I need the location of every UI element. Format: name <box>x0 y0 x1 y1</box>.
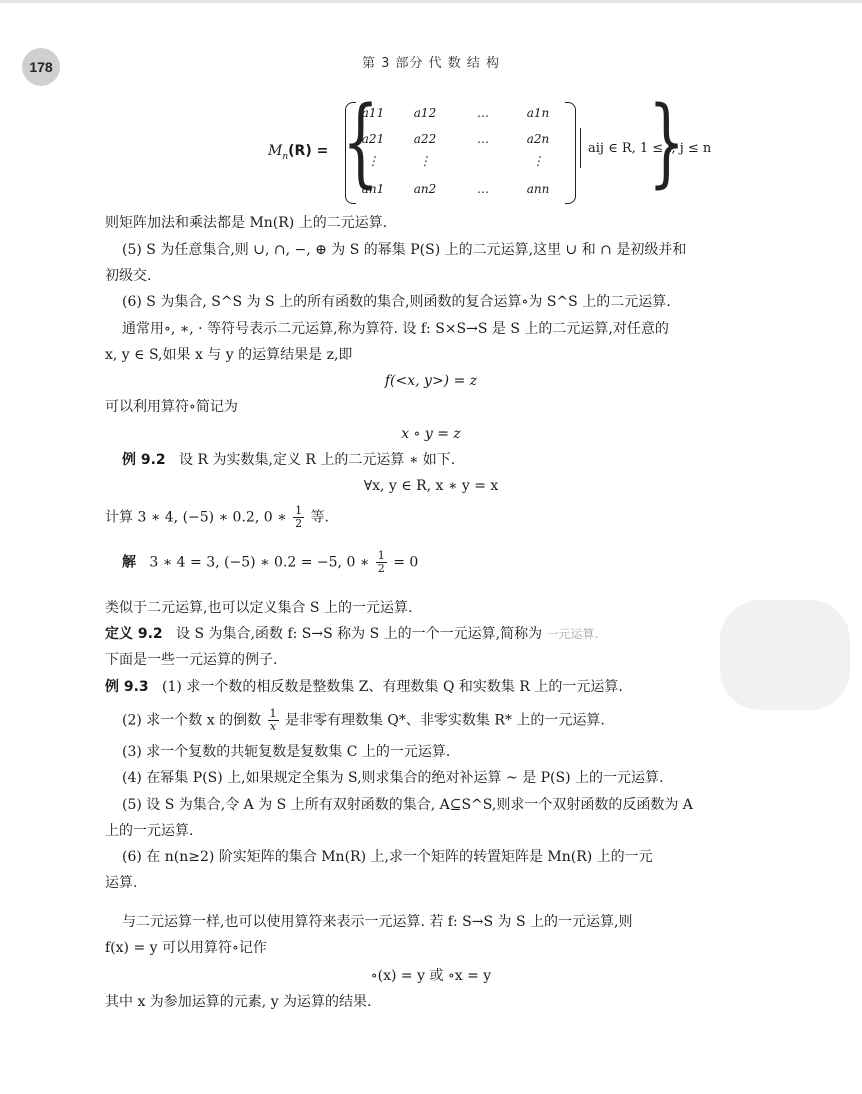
matrix-cell: a2n <box>518 132 558 146</box>
example-9-3-item-3: (3) 求一个复数的共轭复数是复数集 C 上的一元运算. <box>122 742 450 762</box>
compute-suffix: 等. <box>311 510 329 526</box>
solution-text: 3 ∗ 4 = 3, (−5) ∗ 0.2 = −5, 0 ∗ <box>149 555 369 571</box>
text-line: 与二元运算一样,也可以使用算符来表示一元运算. 若 f: S→S 为 S 上的一… <box>122 912 632 932</box>
example-9-3-item-6: (6) 在 n(n≥2) 阶实矩阵的集合 Mn(R) 上,求一个矩阵的转置矩阵是… <box>122 847 653 867</box>
example-item-suffix: 是非零有理数集 Q*、非零实数集 R* 上的一元运算. <box>285 713 605 729</box>
text-line: f(x) = y 可以用算符∘记作 <box>105 938 267 958</box>
matrix-set-definition: Mn(R) = { a11 a12 … a1n a21 a22 … a2n ⋮ … <box>268 98 658 206</box>
example-9-3-item-1: 例 9.3 (1) 求一个数的相反数是整数集 Z、有理数集 Q 和实数集 R 上… <box>105 677 623 697</box>
solution-suffix: = 0 <box>393 555 418 571</box>
matrix-cell: ⋮ <box>405 154 445 168</box>
matrix-grid: a11 a12 … a1n a21 a22 … a2n ⋮ ⋮ ⋮ an1 an… <box>353 102 568 202</box>
matrix-cell: … <box>463 106 503 120</box>
text-line: 其中 x 为参加运算的元素, y 为运算的结果. <box>105 992 372 1012</box>
example-9-3-item-2: (2) 求一个数 x 的倒数 1x 是非零有理数集 Q*、非零实数集 R* 上的… <box>122 708 605 733</box>
formula: ∘(x) = y 或 ∘x = y <box>0 966 862 986</box>
solution-label: 解 <box>122 555 136 571</box>
fraction: 12 <box>293 505 304 530</box>
definition-text: 设 S 为集合,函数 f: S→S 称为 S 上的一个一元运算,简称为 <box>176 626 542 642</box>
matrix-set-label: Mn(R) = <box>268 143 328 162</box>
matrix-cell: a1n <box>518 106 558 120</box>
matrix-cell: … <box>463 182 503 196</box>
example-text: 设 R 为实数集,定义 R 上的二元运算 ∗ 如下. <box>179 452 455 468</box>
formula: ∀x, y ∈ R, x ∗ y = x <box>0 476 862 496</box>
matrix-cell: an2 <box>405 182 445 196</box>
compute-line: 计算 3 ∗ 4, (−5) ∗ 0.2, 0 ∗ 12 等. <box>105 505 329 530</box>
right-brace: } <box>648 94 685 190</box>
text-line: 类似于二元运算,也可以定义集合 S 上的一元运算. <box>105 598 412 618</box>
matrix-cell: a12 <box>405 106 445 120</box>
example-label: 例 9.3 <box>105 679 149 695</box>
example-9-3-item-4: (4) 在幂集 P(S) 上,如果规定全集为 S,则求集合的绝对补运算 ~ 是 … <box>122 768 663 788</box>
text-line: 可以利用算符∘简记为 <box>105 397 238 417</box>
page-top-border <box>0 0 862 3</box>
text-line: 通常用∘, ∗, · 等符号表示二元运算,称为算符. 设 f: S×S→S 是 … <box>122 319 669 339</box>
definition-9-2: 定义 9.2 设 S 为集合,函数 f: S→S 称为 S 上的一个一元运算,简… <box>105 624 598 644</box>
text-line: 则矩阵加法和乘法都是 Mn(R) 上的二元运算. <box>105 213 387 233</box>
matrix-cell: ann <box>518 182 558 196</box>
solution-line: 解 3 ∗ 4 = 3, (−5) ∗ 0.2 = −5, 0 ∗ 12 = 0 <box>122 550 418 575</box>
fraction: 1x <box>268 708 279 733</box>
example-item-text: (2) 求一个数 x 的倒数 <box>122 713 261 729</box>
fraction: 12 <box>376 550 387 575</box>
definition-label: 定义 9.2 <box>105 626 163 642</box>
example-9-3-item-5-cont: 上的一元运算. <box>105 821 193 841</box>
matrix-cell: … <box>463 132 503 146</box>
text-line: 初级交. <box>105 266 151 286</box>
such-that-bar <box>580 128 581 168</box>
text-line: (5) S 为任意集合,则 ∪, ∩, −, ⊕ 为 S 的幂集 P(S) 上的… <box>122 240 686 260</box>
example-label: 例 9.2 <box>122 452 166 468</box>
formula: x ∘ y = z <box>0 424 862 444</box>
matrix-cell: ⋮ <box>518 154 558 168</box>
matrix-cell: a11 <box>353 106 393 120</box>
text-line: 下面是一些一元运算的例子. <box>105 650 277 670</box>
example-9-3-item-5: (5) 设 S 为集合,令 A 为 S 上所有双射函数的集合, A⊆S^S,则求… <box>122 795 693 815</box>
right-paren <box>565 102 576 204</box>
matrix-cell: ⋮ <box>353 154 393 168</box>
matrix-cell: a22 <box>405 132 445 146</box>
example-item-text: (1) 求一个数的相反数是整数集 Z、有理数集 Q 和实数集 R 上的一元运算. <box>162 679 623 695</box>
matrix-cell: an1 <box>353 182 393 196</box>
formula: f(<x, y>) = z <box>0 371 862 391</box>
example-9-3-item-6-cont: 运算. <box>105 873 137 893</box>
scan-smudge <box>720 600 850 710</box>
running-header: 第 3 部分 代 数 结 构 <box>0 52 862 71</box>
defined-term: 一元运算. <box>547 627 599 641</box>
example-9-2-statement: 例 9.2 设 R 为实数集,定义 R 上的二元运算 ∗ 如下. <box>122 450 455 470</box>
compute-text: 计算 3 ∗ 4, (−5) ∗ 0.2, 0 ∗ <box>105 510 287 526</box>
matrix-cell: a21 <box>353 132 393 146</box>
text-line: (6) S 为集合, S^S 为 S 上的所有函数的集合,则函数的复合运算∘为 … <box>122 292 671 312</box>
text-line: x, y ∈ S,如果 x 与 y 的运算结果是 z,即 <box>105 345 352 365</box>
